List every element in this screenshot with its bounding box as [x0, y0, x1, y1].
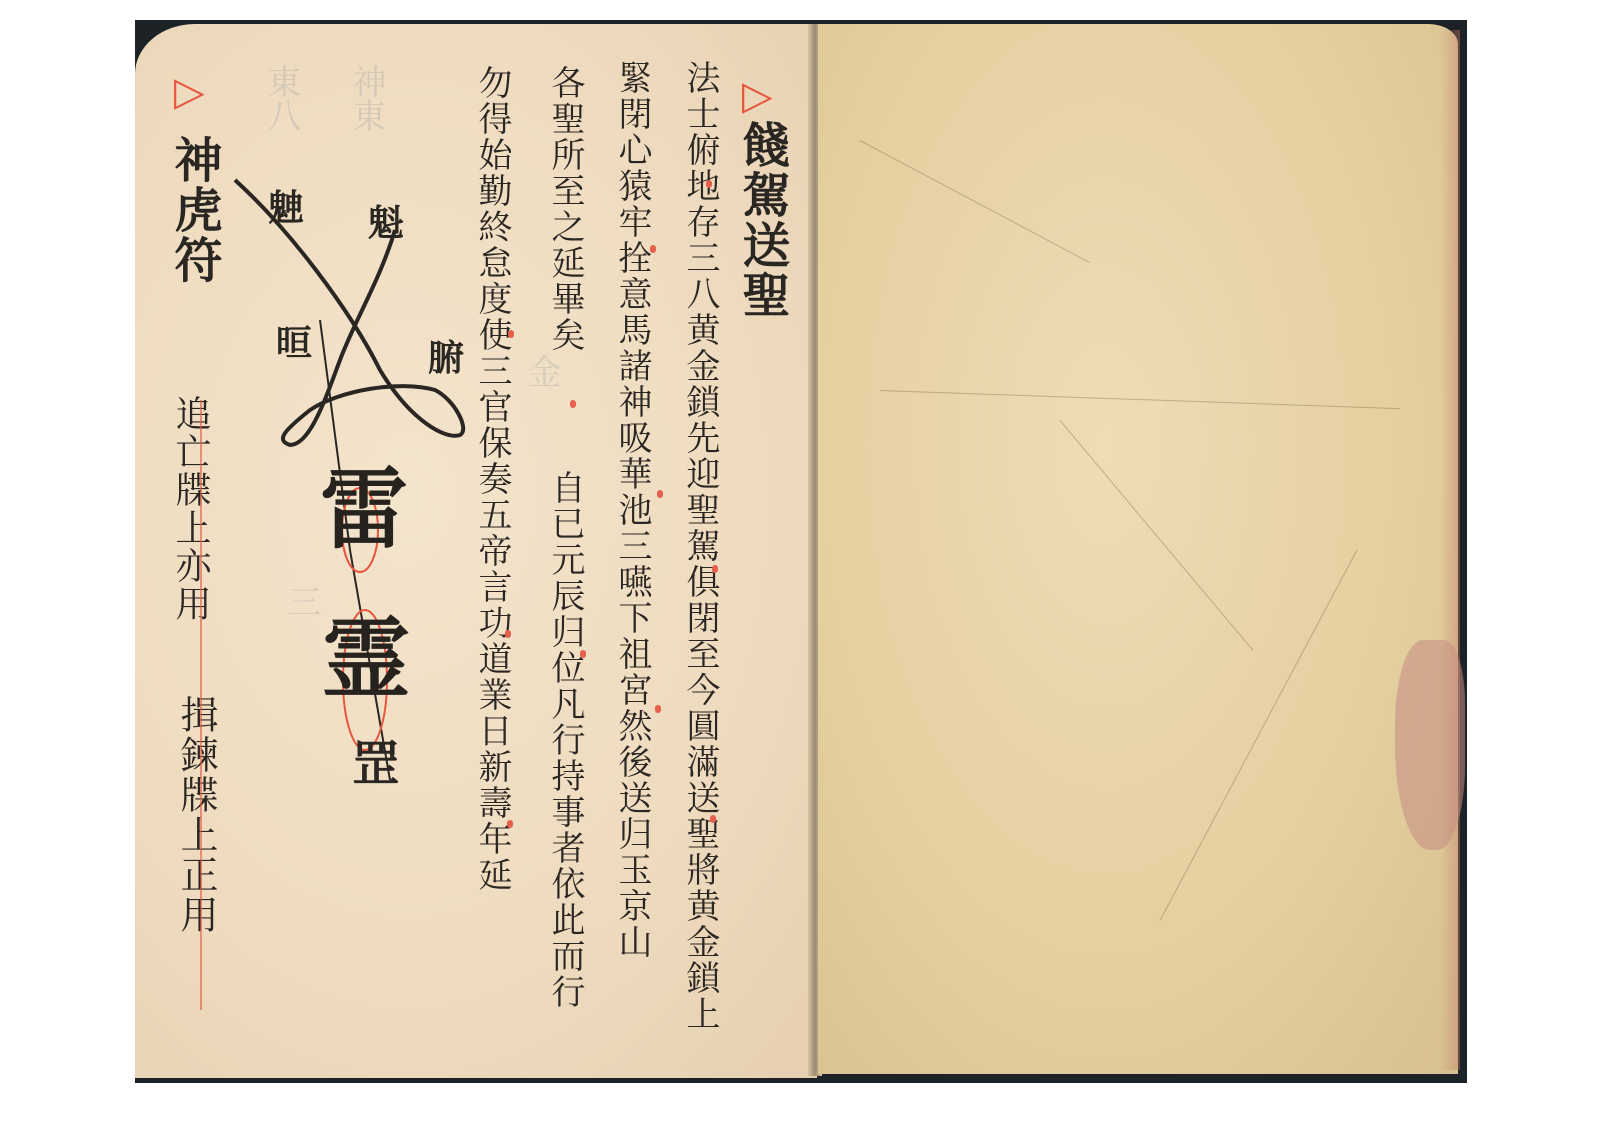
- text-column-3a: 各聖所至之延畢矣: [545, 65, 585, 353]
- text-column-3b: 自已元辰归位凡行持事者依此而行: [545, 470, 585, 1010]
- bleed-through-text: 神東: [340, 64, 392, 132]
- red-punctuation: [655, 705, 661, 713]
- red-punctuation: [505, 630, 511, 638]
- note-column-2: 揖鍊牒上正用: [176, 695, 216, 935]
- text-column-2: 緊閉心猿牢拴意馬諸神吸華池三嚥下祖宮然後送归玉京山: [612, 60, 652, 960]
- paper-stain: [1395, 640, 1465, 850]
- text-column-1: 法士俯地存三八黄金鎖先迎聖駕俱閉至今圓滿送聖將黄金鎖上: [680, 60, 720, 1032]
- talisman-char: 腑: [428, 330, 464, 381]
- talisman-char: 魁: [368, 195, 404, 246]
- page-edge-stain: [1440, 30, 1460, 1070]
- red-punctuation: [657, 490, 663, 498]
- red-punctuation: [508, 330, 514, 338]
- right-page: [818, 24, 1458, 1074]
- talisman-glyph-gang: 罡: [352, 725, 400, 794]
- red-triangle-marker-icon: ▷: [742, 72, 773, 119]
- red-punctuation: [706, 180, 712, 188]
- section-title-shen-hu-fu: 神虎符: [160, 135, 229, 285]
- bleed-through-text: 東八: [255, 64, 307, 132]
- red-punctuation: [710, 815, 716, 823]
- red-punctuation: [570, 400, 576, 408]
- red-punctuation: [580, 650, 586, 658]
- red-punctuation: [712, 565, 718, 573]
- section-title-jian-jia-song-sheng: 餞駕送聖: [728, 120, 797, 320]
- bleed-through-text: 金: [515, 354, 567, 388]
- talisman-glyph-lei: 雷: [320, 440, 408, 566]
- red-triangle-marker-icon: ▷: [174, 68, 205, 115]
- note-column-1: 追亡牒上亦用: [170, 395, 210, 623]
- red-punctuation: [650, 245, 656, 253]
- red-punctuation: [507, 820, 513, 828]
- red-guideline: [200, 400, 202, 1010]
- talisman-char: 䰠: [268, 180, 304, 231]
- talisman-glyph-ling: 霊: [322, 590, 410, 716]
- talisman-char: 晅: [276, 315, 312, 366]
